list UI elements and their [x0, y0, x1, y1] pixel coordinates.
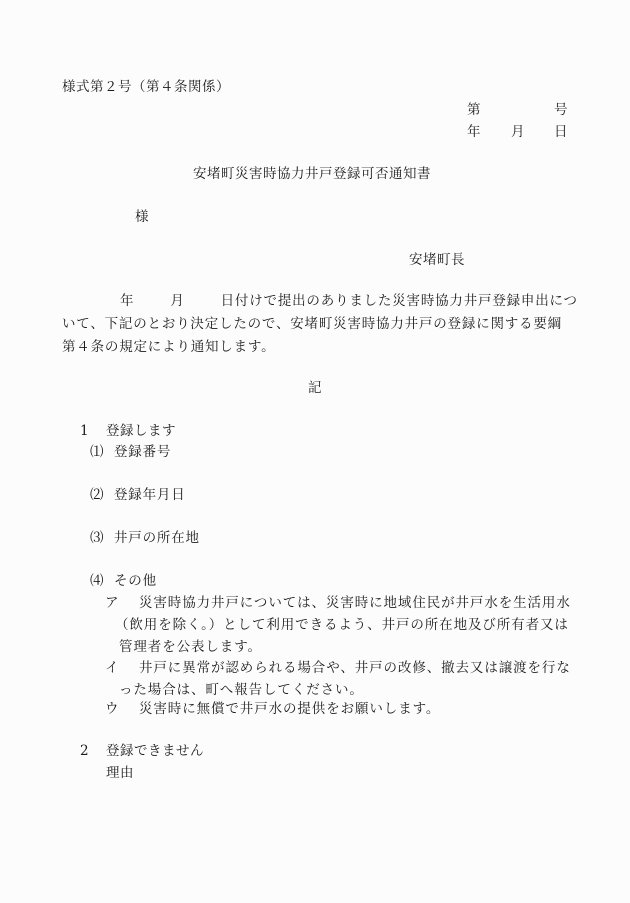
- section-2-title: 登録できません: [106, 745, 204, 759]
- date-year-label: 年: [467, 126, 481, 140]
- section-1-title: 登録します: [106, 425, 176, 439]
- date-month-label: 月: [511, 126, 525, 140]
- subitem-a-line-3: 管理者を公表します。: [119, 636, 575, 658]
- subitem-u: ウ 災害時に無償で井戸水の提供をお願いします。: [105, 698, 575, 720]
- subitem-i-mark: イ: [105, 657, 119, 679]
- section-2-number: 2: [80, 745, 89, 759]
- item-4-number: ⑷: [90, 575, 104, 589]
- item-registration-date: 登録年月日: [114, 489, 186, 503]
- subitem-i-line-1: 井戸に異常が認められる場合や、井戸の改修、撤去又は譲渡を行な: [119, 657, 575, 679]
- subitem-a-line-1: 災害時協力井戸については、災害時に地域住民が井戸水を生活用水: [119, 592, 575, 614]
- item-1-number: ⑴: [90, 446, 104, 460]
- reason-label: 理由: [106, 767, 134, 781]
- intro-line-1: 年月日付けで提出のありました災害時協力井戸登録申出につ: [62, 290, 572, 313]
- intro-line-2: いて、下記のとおり決定したので、安堵町災害時協力井戸の登録に関する要綱: [62, 313, 572, 336]
- form-label: 様式第２号（第４条関係）: [62, 81, 230, 95]
- item-registration-number: 登録番号: [114, 446, 171, 460]
- item-2-number: ⑵: [90, 489, 104, 503]
- recipient-honorific: 様: [135, 211, 149, 225]
- subitem-u-line-1: 災害時に無償で井戸水の提供をお願いします。: [119, 698, 575, 720]
- notification-document: 様式第２号（第４条関係） 第 号 年 月 日 安堵町災害時協力井戸登録可否通知書…: [0, 0, 630, 903]
- intro-line-1-text: 日付けで提出のありました災害時協力井戸登録申出につ: [221, 293, 578, 309]
- section-1-number: 1: [80, 425, 89, 439]
- item-other: その他: [114, 575, 157, 589]
- intro-month-label: 月: [170, 293, 184, 309]
- subitem-a-text: 災害時協力井戸については、災害時に地域住民が井戸水を生活用水 （飲用を除く。）と…: [105, 592, 575, 658]
- doc-number-suffix: 号: [554, 104, 568, 118]
- date-day-label: 日: [554, 126, 568, 140]
- subitem-a-mark: ア: [105, 592, 119, 614]
- intro-line-3: 第４条の規定により通知します。: [62, 336, 572, 359]
- subitem-u-mark: ウ: [105, 698, 119, 720]
- ki-heading: 記: [308, 382, 322, 396]
- intro-paragraph: 年月日付けで提出のありました災害時協力井戸登録申出につ いて、下記のとおり決定し…: [62, 290, 572, 359]
- subitem-a: ア 災害時協力井戸については、災害時に地域住民が井戸水を生活用水 （飲用を除く。…: [105, 592, 575, 658]
- item-3-number: ⑶: [90, 532, 104, 546]
- intro-year-label: 年: [120, 293, 134, 309]
- subitem-u-text: 災害時に無償で井戸水の提供をお願いします。: [105, 698, 575, 720]
- doc-number-prefix: 第: [467, 104, 481, 118]
- subitem-a-line-2: （飲用を除く。）として利用できるよう、井戸の所在地及び所有者又は: [115, 614, 575, 636]
- subitem-i-text: 井戸に異常が認められる場合や、井戸の改修、撤去又は譲渡を行な った場合は、町へ報…: [105, 657, 575, 701]
- document-title: 安堵町災害時協力井戸登録可否通知書: [193, 168, 431, 182]
- subitem-i: イ 井戸に異常が認められる場合や、井戸の改修、撤去又は譲渡を行な った場合は、町…: [105, 657, 575, 701]
- item-well-location: 井戸の所在地: [114, 532, 200, 546]
- sender-name: 安堵町長: [409, 254, 465, 268]
